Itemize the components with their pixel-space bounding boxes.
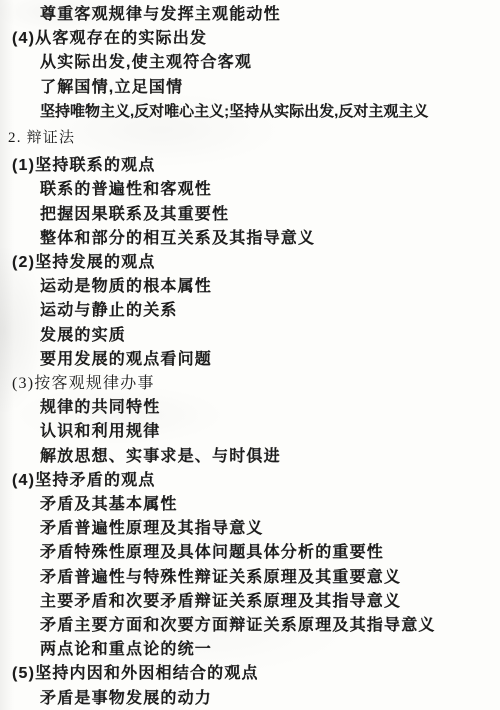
outline-line: 联系的普遍性和客观性 <box>0 178 500 202</box>
outline-line: 运动与静止的关系 <box>0 299 500 323</box>
outline-line: 矛盾特殊性原理及具体问题具体分析的重要性 <box>0 541 500 565</box>
outline-line: 尊重客观规律与发挥主观能动性 <box>0 3 500 27</box>
outline-line: (4)从客观存在的实际出发 <box>0 27 500 51</box>
outline-line: 要用发展的观点看问题 <box>0 348 500 372</box>
outline-line: 规律的共同特性 <box>0 396 500 420</box>
outline-line: 运动是物质的根本属性 <box>0 275 500 299</box>
outline-line: (1)坚持联系的观点 <box>0 154 500 178</box>
scanned-page: 尊重客观规律与发挥主观能动性(4)从客观存在的实际出发从实际出发,使主观符合客观… <box>0 0 500 710</box>
outline-line: 认识和利用规律 <box>0 420 500 444</box>
outline-line: 坚持唯物主义,反对唯心主义;坚持从实际出发,反对主观主义 <box>0 100 500 124</box>
outline-line: 矛盾主要方面和次要方面辩证关系原理及其指导意义 <box>0 614 500 638</box>
outline-line: (4)坚持矛盾的观点 <box>0 469 500 493</box>
outline-line: 从实际出发,使主观符合客观 <box>0 51 500 75</box>
outline-line: 矛盾及其基本属性 <box>0 493 500 517</box>
outline-line: 把握因果联系及其重要性 <box>0 203 500 227</box>
outline-line: 矛盾普遍性原理及其指导意义 <box>0 517 500 541</box>
outline-line: (3)按客观规律办事 <box>0 372 500 396</box>
outline-line: 两点论和重点论的统一 <box>0 638 500 662</box>
outline-line: (2)坚持发展的观点 <box>0 251 500 275</box>
outline-line: 了解国情,立足国情 <box>0 76 500 100</box>
outline-list: 尊重客观规律与发挥主观能动性(4)从客观存在的实际出发从实际出发,使主观符合客观… <box>0 0 500 710</box>
outline-line: 矛盾普遍性与特殊性辩证关系原理及其重要意义 <box>0 566 500 590</box>
outline-line: 矛盾是事物发展的动力 <box>0 687 500 710</box>
outline-line: 解放思想、实事求是、与时俱进 <box>0 445 500 469</box>
outline-line: (5)坚持内因和外因相结合的观点 <box>0 662 500 686</box>
outline-line: 主要矛盾和次要矛盾辩证关系原理及其指导意义 <box>0 590 500 614</box>
outline-line: 整体和部分的相互关系及其指导意义 <box>0 227 500 251</box>
outline-line: 发展的实质 <box>0 324 500 348</box>
outline-line: 2. 辩证法 <box>0 126 500 150</box>
